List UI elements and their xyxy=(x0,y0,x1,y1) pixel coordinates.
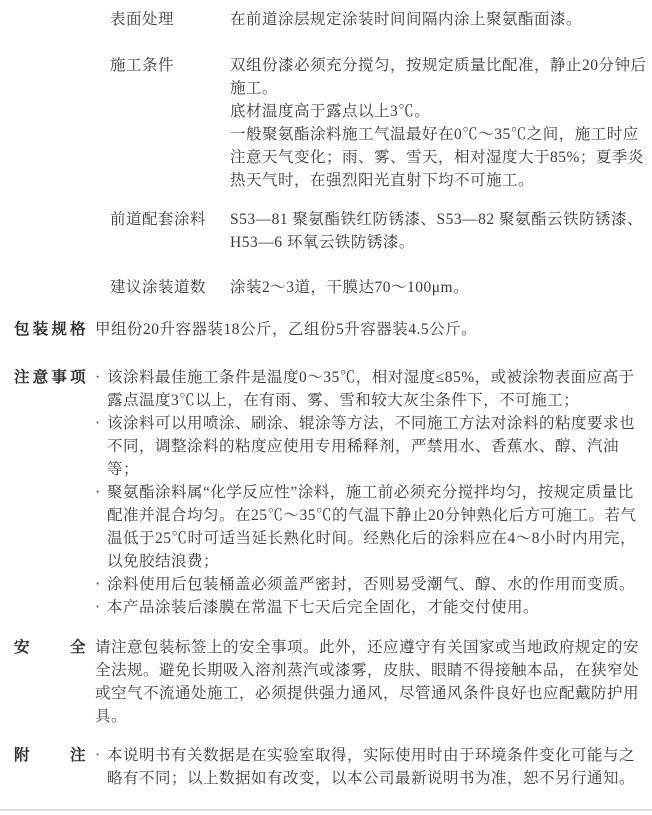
paragraph: 涂装2～3道，干膜达70～100μm。 xyxy=(230,276,648,299)
paragraph: 底材温度高于露点以上3℃。 xyxy=(230,100,648,123)
product-datasheet-page: 表面处理 在前道涂层规定涂装时间间隔内涂上聚氨酯面漆。 施工条件 双组份漆必须充… xyxy=(0,0,652,815)
list-item: · 该涂料可以用喷涂、刷涂、辊涂等方法，不同施工方法对涂料的粘度要求也不同，调整… xyxy=(95,412,646,481)
section-body: · 本说明书有关数据是在实验室取得，实际使用时由于环境条件变化可能与之略有不同；… xyxy=(95,744,646,790)
bullet-icon: · xyxy=(95,366,107,412)
spec-row-preceding-coatings: 前道配套涂料 S53—81 聚氨酯铁红防锈漆、S53—82 聚氨酯云铁防锈漆、H… xyxy=(0,208,652,254)
section-safety: 安全 请注意包装标签上的安全事项。此外，还应遵守有关国家或当地政府规定的安全法规… xyxy=(0,636,652,728)
list-item-text: 该涂料最佳施工条件是温度0～35℃，相对湿度≤85%，或被涂物表面应高于露点温度… xyxy=(107,366,646,412)
spec-label-application-conditions: 施工条件 xyxy=(110,54,230,192)
paragraph: 在前道涂层规定涂装时间间隔内涂上聚氨酯面漆。 xyxy=(230,8,648,31)
bullet-icon: · xyxy=(95,481,107,573)
list-item: · 该涂料最佳施工条件是温度0～35℃，相对湿度≤85%，或被涂物表面应高于露点… xyxy=(95,366,646,412)
list-item: · 聚氨酯涂料属“化学反应性”涂料，施工前必须充分搅拌均匀，按规定质量比配准并混… xyxy=(95,481,646,573)
paragraph: 一般聚氨酯涂料施工气温最好在0℃～35℃之间，施工时应注意天气变化；雨、雾、雪天… xyxy=(230,123,648,192)
section-precautions: 注意事项 · 该涂料最佳施工条件是温度0～35℃，相对湿度≤85%，或被涂物表面… xyxy=(0,366,652,619)
list-item-text: 涂料使用后包装桶盖必须盖严密封，否则易受潮气、醇、水的作用而变质。 xyxy=(107,573,646,596)
spec-value: S53—81 聚氨酯铁红防锈漆、S53—82 聚氨酯云铁防锈漆、H53—6 环氧… xyxy=(230,208,648,254)
paragraph: 甲组份20升容器装18公斤，乙组份5升容器装4.5公斤。 xyxy=(95,318,646,341)
spec-value: 双组份漆必须充分搅匀，按规定质量比配准，静止20分钟后施工。 底材温度高于露点以… xyxy=(230,54,648,192)
spec-label-recommended-coats: 建议涂装道数 xyxy=(110,276,230,299)
bullet-icon: · xyxy=(95,573,107,596)
spec-row-surface-treatment: 表面处理 在前道涂层规定涂装时间间隔内涂上聚氨酯面漆。 xyxy=(0,8,652,31)
spec-value: 在前道涂层规定涂装时间间隔内涂上聚氨酯面漆。 xyxy=(230,8,648,31)
list-item-text: 本产品涂装后漆膜在常温下七天后完全固化，才能交付使用。 xyxy=(107,596,646,619)
spec-row-recommended-coats: 建议涂装道数 涂装2～3道，干膜达70～100μm。 xyxy=(0,276,652,299)
section-label-precautions: 注意事项 xyxy=(14,366,86,619)
list-item: · 涂料使用后包装桶盖必须盖严密封，否则易受潮气、醇、水的作用而变质。 xyxy=(95,573,646,596)
list-item-text: 聚氨酯涂料属“化学反应性”涂料，施工前必须充分搅拌均匀，按规定质量比配准并混合均… xyxy=(107,481,646,573)
spec-value: 涂装2～3道，干膜达70～100μm。 xyxy=(230,276,648,299)
section-label-notes: 附注 xyxy=(14,744,86,790)
bullet-icon: · xyxy=(95,596,107,619)
bullet-icon: · xyxy=(95,744,107,790)
spec-row-application-conditions: 施工条件 双组份漆必须充分搅匀，按规定质量比配准，静止20分钟后施工。 底材温度… xyxy=(0,54,652,192)
paragraph: 双组份漆必须充分搅匀，按规定质量比配准，静止20分钟后施工。 xyxy=(230,54,648,100)
paragraph: S53—81 聚氨酯铁红防锈漆、S53—82 聚氨酯云铁防锈漆、H53—6 环氧… xyxy=(230,208,648,254)
spec-label-preceding-coatings: 前道配套涂料 xyxy=(110,208,230,254)
list-item: · 本说明书有关数据是在实验室取得，实际使用时由于环境条件变化可能与之略有不同；… xyxy=(95,744,646,790)
section-body: 请注意包装标签上的安全事项。此外，还应遵守有关国家或当地政府规定的安全法规。避免… xyxy=(95,636,646,728)
section-packaging-spec: 包装规格 甲组份20升容器装18公斤，乙组份5升容器装4.5公斤。 xyxy=(0,318,652,341)
list-item-text: 该涂料可以用喷涂、刷涂、辊涂等方法，不同施工方法对涂料的粘度要求也不同，调整涂料… xyxy=(107,412,646,481)
datasheet-content: 表面处理 在前道涂层规定涂装时间间隔内涂上聚氨酯面漆。 施工条件 双组份漆必须充… xyxy=(0,0,652,790)
list-item-text: 本说明书有关数据是在实验室取得，实际使用时由于环境条件变化可能与之略有不同；以上… xyxy=(107,744,646,790)
bullet-icon: · xyxy=(95,412,107,481)
section-body: · 该涂料最佳施工条件是温度0～35℃，相对湿度≤85%，或被涂物表面应高于露点… xyxy=(95,366,646,619)
section-label-packaging-spec: 包装规格 xyxy=(14,318,86,341)
bottom-divider xyxy=(0,809,652,811)
spec-label-surface-treatment: 表面处理 xyxy=(110,8,230,31)
section-label-safety: 安全 xyxy=(14,636,86,728)
list-item: · 本产品涂装后漆膜在常温下七天后完全固化，才能交付使用。 xyxy=(95,596,646,619)
paragraph: 请注意包装标签上的安全事项。此外，还应遵守有关国家或当地政府规定的安全法规。避免… xyxy=(95,636,646,728)
section-notes: 附注 · 本说明书有关数据是在实验室取得，实际使用时由于环境条件变化可能与之略有… xyxy=(0,744,652,790)
section-body: 甲组份20升容器装18公斤，乙组份5升容器装4.5公斤。 xyxy=(95,318,646,341)
